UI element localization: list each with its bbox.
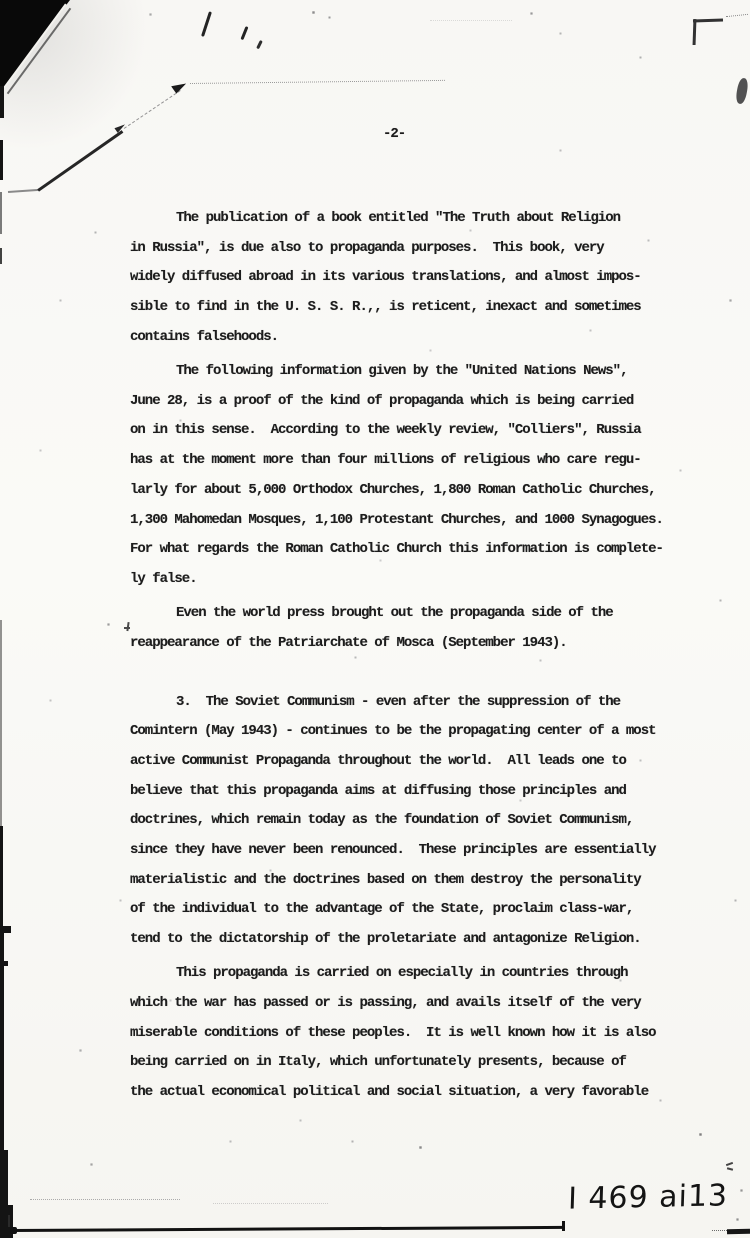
left-edge-artifact — [0, 248, 2, 264]
text-line: has at the moment more than four million… — [130, 446, 690, 476]
stray-mark-artifact — [240, 26, 248, 40]
text-line: This propaganda is carried on especially… — [130, 959, 690, 989]
bottom-edge-hook-artifact — [562, 1221, 565, 1231]
text-line: materialistic and the doctrines based on… — [130, 866, 690, 896]
left-edge-artifact — [0, 620, 2, 826]
text-line: Even the world press brought out the pro… — [130, 599, 690, 629]
left-edge-artifact — [0, 86, 4, 118]
paragraph: The publication of a book entitled "The … — [130, 204, 690, 353]
dotted-crease-line — [430, 20, 512, 21]
bottom-edge-artifact — [8, 1215, 10, 1227]
text-line: since they have never been renounced. Th… — [130, 836, 690, 866]
text-line: active Communist Propaganda throughout t… — [130, 747, 690, 777]
text-line: on in this sense. According to the weekl… — [130, 416, 690, 446]
paragraph: This propaganda is carried on especially… — [130, 959, 690, 1108]
paragraph: 3. The Soviet Communism - even after the… — [130, 688, 690, 955]
pencil-line-tail — [8, 189, 39, 193]
text-line: For what regards the Roman Catholic Chur… — [130, 535, 690, 565]
text-line: The publication of a book entitled "The … — [130, 204, 690, 234]
stray-mark-artifact — [726, 1162, 733, 1166]
page-number: -2- — [383, 126, 405, 142]
text-line: reappearance of the Patriarchate of Mosc… — [130, 629, 690, 659]
left-edge-artifact — [0, 192, 2, 234]
text-line: believe that this propaganda aims at dif… — [130, 777, 690, 807]
text-line: 1,300 Mahomedan Mosques, 1,100 Protestan… — [130, 506, 690, 536]
stray-mark-artifact — [256, 40, 262, 49]
text-line: which the war has passed or is passing, … — [130, 989, 690, 1019]
text-line: ly false. — [130, 565, 690, 595]
text-line: tend to the dictatorship of the proletar… — [130, 925, 690, 955]
text-line: Comintern (May 1943) - continues to be t… — [130, 717, 690, 747]
bottom-edge-line-artifact — [12, 1226, 565, 1232]
stray-mark-artifact — [727, 1167, 733, 1170]
text-line: the actual economical political and soci… — [130, 1078, 690, 1108]
paragraph: Even the world press brought out the pro… — [130, 599, 690, 658]
text-line: in Russia", is due also to propaganda pu… — [130, 234, 690, 264]
text-line: June 28, is a proof of the kind of propa… — [130, 387, 690, 417]
paragraph: The following information given by the "… — [130, 357, 690, 595]
handwritten-annotation: I 469 ai13 — [567, 1178, 728, 1216]
text-line: widely diffused abroad in its various tr… — [130, 263, 690, 293]
dotted-crease-line — [190, 80, 445, 84]
left-edge-artifact — [0, 140, 3, 180]
pencil-arrowhead — [171, 80, 189, 95]
dotted-crease-line — [213, 1203, 328, 1204]
corner-bracket-artifact — [693, 18, 723, 22]
text-line: doctrines, which remain today as the fou… — [130, 806, 690, 836]
edge-smudge-artifact — [735, 77, 749, 104]
slash-mark-artifact — [201, 11, 211, 37]
text-line: sible to find in the U. S. S. R.,, is re… — [130, 293, 690, 323]
scanned-document-page: -2- The publication of a book entitled "… — [0, 0, 750, 1238]
bottom-right-edge-artifact — [727, 1229, 750, 1234]
text-line: larly for about 5,000 Orthodox Churches,… — [130, 476, 690, 506]
text-line: The following information given by the "… — [130, 357, 690, 387]
left-edge-artifact — [0, 961, 8, 966]
bottom-right-edge-artifact — [712, 1230, 727, 1231]
left-edge-artifact — [0, 826, 3, 930]
corner-bracket-artifact — [693, 19, 696, 45]
corner-bracket-artifact — [726, 14, 748, 17]
text-line: contains falsehoods. — [130, 323, 690, 353]
left-edge-artifact — [0, 1150, 8, 1208]
paper-speckles — [0, 0, 1, 1]
bottom-edge-artifact — [10, 1227, 17, 1234]
document-body: The publication of a book entitled "The … — [130, 204, 690, 1108]
text-line: 3. The Soviet Communism - even after the… — [130, 688, 690, 718]
dotted-crease-line — [30, 1199, 180, 1200]
text-line: miserable conditions of these peoples. I… — [130, 1019, 690, 1049]
text-line: of the individual to the advantage of th… — [130, 895, 690, 925]
text-line: being carried on in Italy, which unfortu… — [130, 1048, 690, 1078]
